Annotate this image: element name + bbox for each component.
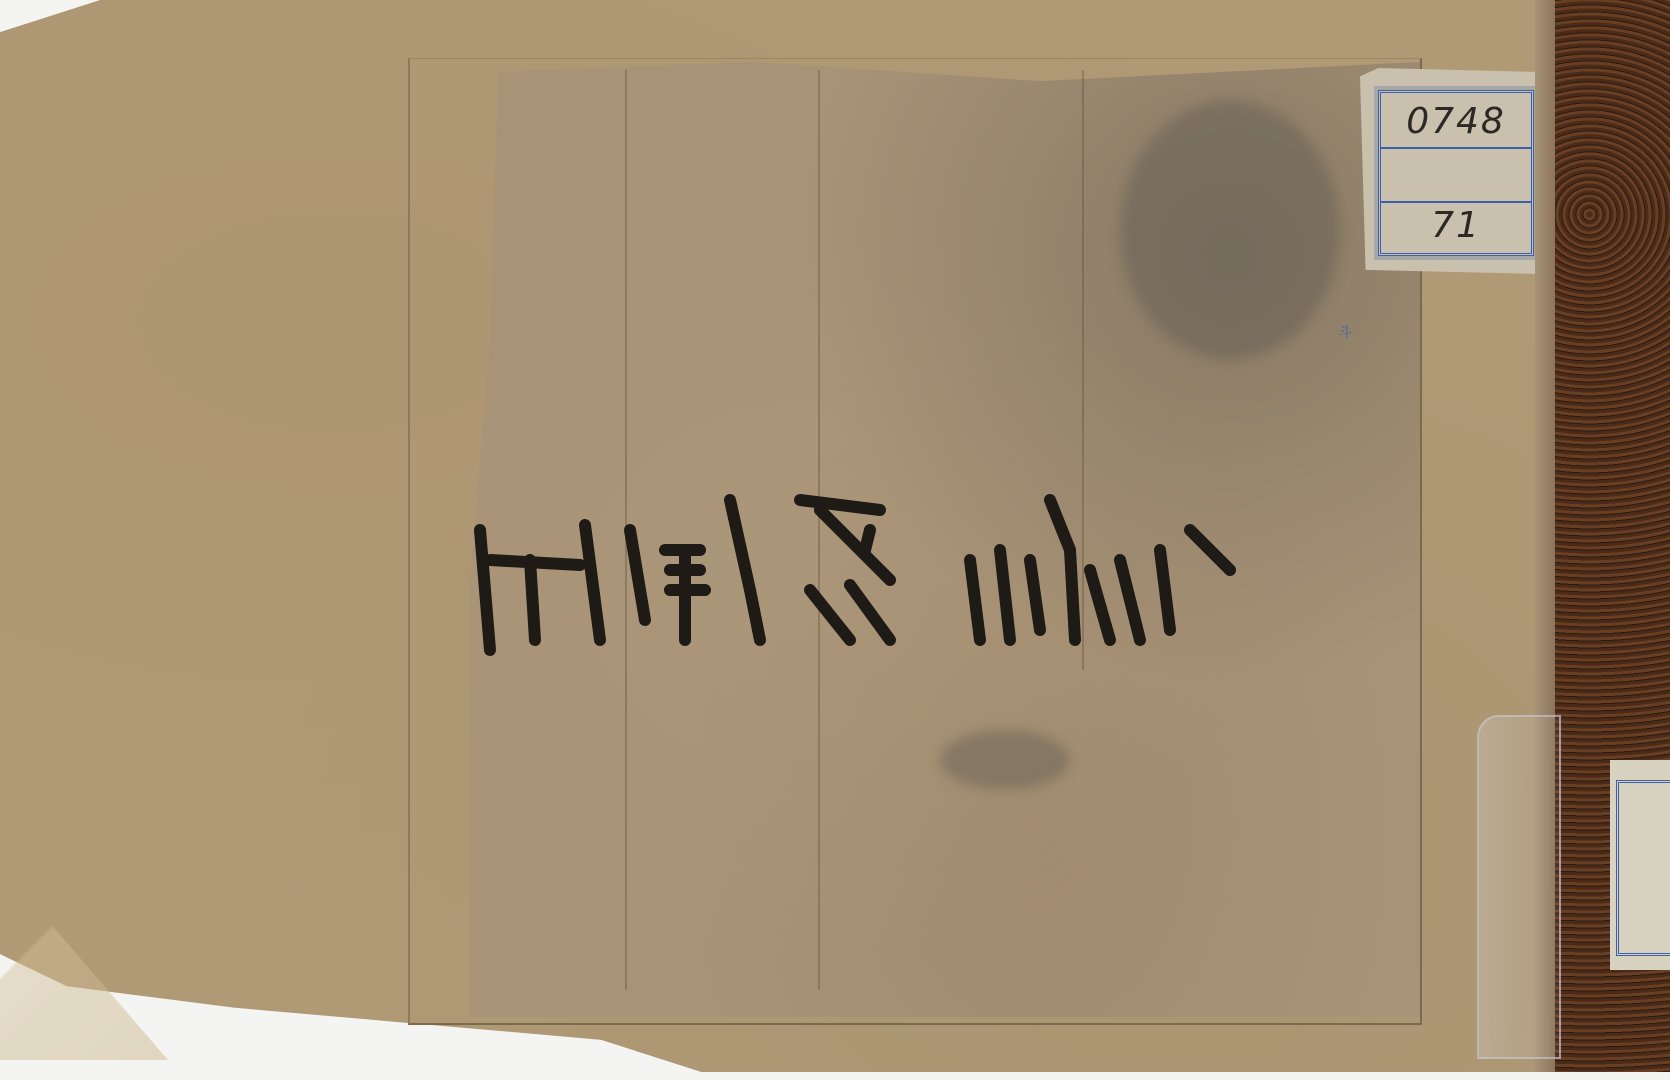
handwritten-title — [470, 490, 1250, 660]
catalog-label-border: 0748 71 — [1378, 90, 1534, 256]
ink-script-strokes — [470, 490, 1250, 660]
catalog-label-blank-row — [1381, 147, 1531, 203]
catalog-number: 0748 — [1381, 95, 1531, 147]
plastic-sleeve — [1477, 715, 1561, 1059]
water-stain — [1120, 100, 1340, 360]
spine-label — [1610, 760, 1670, 970]
catalog-volume: 71 — [1381, 199, 1531, 251]
water-stain — [940, 730, 1070, 790]
catalog-label: 0748 71 — [1360, 68, 1545, 274]
spine-label-border — [1616, 780, 1670, 956]
small-stamp-mark: 斗 — [1338, 322, 1360, 340]
